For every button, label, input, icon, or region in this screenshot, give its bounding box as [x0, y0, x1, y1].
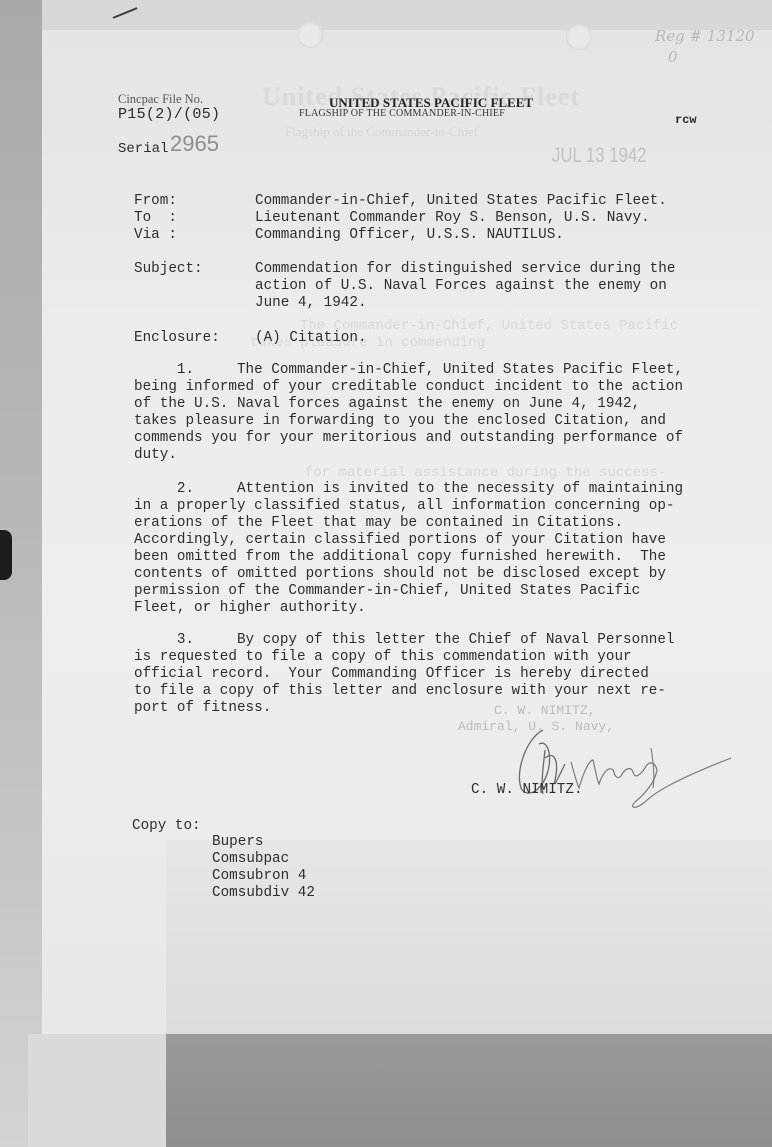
- subject-line: Commendation for distinguished service d…: [255, 261, 675, 278]
- scan-artifact: [0, 530, 12, 580]
- ghost-text: for material assistance during the succe…: [305, 465, 666, 482]
- paragraph-line: 2. Attention is invited to the necessity…: [134, 481, 683, 498]
- paragraph-line: official record. Your Commanding Officer…: [134, 666, 649, 683]
- paragraph-line: 3. By copy of this letter the Chief of N…: [134, 632, 675, 649]
- enclosure-label: Enclosure:: [134, 330, 220, 347]
- paragraph-line: of the U.S. Naval forces against the ene…: [134, 396, 640, 413]
- copy-to-item: Comsubpac: [212, 851, 289, 868]
- scan-background-bottom-left: [28, 1034, 166, 1147]
- paragraph-line: port of fitness.: [134, 700, 271, 717]
- punch-hole: [297, 22, 323, 48]
- to-label: To :: [134, 210, 177, 227]
- enclosure-value: (A) Citation.: [255, 330, 367, 347]
- copy-to-label: Copy to:: [132, 818, 201, 835]
- paragraph-line: takes pleasure in forwarding to you the …: [134, 413, 666, 430]
- subject-line: action of U.S. Naval Forces against the …: [255, 278, 667, 295]
- from-value: Commander-in-Chief, United States Pacifi…: [255, 193, 667, 210]
- paragraph-line: Fleet, or higher authority.: [134, 600, 366, 617]
- via-value: Commanding Officer, U.S.S. NAUTILUS.: [255, 227, 564, 244]
- handwritten-signature: [505, 710, 745, 820]
- paragraph-line: been omitted from the additional copy fu…: [134, 549, 666, 566]
- scan-background-bottom: [166, 1034, 772, 1147]
- from-label: From:: [134, 193, 177, 210]
- copy-to-item: Comsubron 4: [212, 868, 306, 885]
- handwritten-reg-number: Reg # 13120: [655, 27, 755, 45]
- scan-top-band: [42, 0, 772, 30]
- copy-to-item: Comsubdiv 42: [212, 885, 315, 902]
- paragraph-line: Accordingly, certain classified portions…: [134, 532, 666, 549]
- subject-label: Subject:: [134, 261, 203, 278]
- typist-initials: rcw: [675, 113, 697, 127]
- paragraph-line: 1. The Commander-in-Chief, United States…: [134, 362, 683, 379]
- to-value: Lieutenant Commander Roy S. Benson, U.S.…: [255, 210, 650, 227]
- paragraph-line: in a properly classified status, all inf…: [134, 498, 675, 515]
- via-label: Via :: [134, 227, 177, 244]
- ghost-letterhead-subtitle: Flagship of the Commander-in-Chief: [285, 124, 478, 140]
- paragraph-line: erations of the Fleet that may be contai…: [134, 515, 623, 532]
- typed-signature: C. W. NIMITZ.: [471, 782, 583, 799]
- paragraph-line: is requested to file a copy of this comm…: [134, 649, 632, 666]
- paragraph-line: commends you for your meritorious and ou…: [134, 430, 683, 447]
- copy-to-item: Bupers: [212, 834, 263, 851]
- serial-number: 2965: [170, 131, 219, 157]
- subject-line: June 4, 1942.: [255, 295, 367, 312]
- punch-hole: [566, 24, 592, 50]
- file-label: Cincpac File No.: [118, 92, 203, 107]
- file-number: P15(2)/(05): [118, 106, 220, 123]
- letterhead-subtitle: FLAGSHIP OF THE COMMANDER-IN-CHIEF: [299, 108, 505, 119]
- serial-label: Serial: [118, 141, 168, 157]
- paragraph-line: contents of omitted portions should not …: [134, 566, 666, 583]
- paragraph-line: permission of the Commander-in-Chief, Un…: [134, 583, 640, 600]
- paragraph-line: duty.: [134, 447, 177, 464]
- handwritten-reg-sub: 0: [668, 48, 678, 66]
- paragraph-line: being informed of your creditable conduc…: [134, 379, 683, 396]
- date-stamp: JUL 13 1942: [552, 144, 647, 168]
- paragraph-line: to file a copy of this letter and enclos…: [134, 683, 666, 700]
